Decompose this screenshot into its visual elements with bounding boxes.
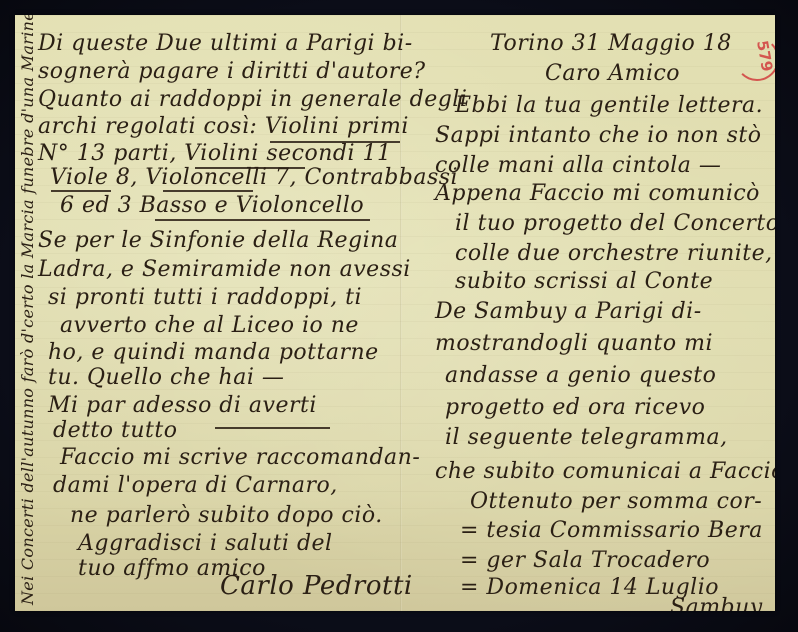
right-line-11: progetto ed ora ricevo	[445, 397, 705, 419]
right-line-15: = tesia Commissario Bera	[460, 520, 763, 542]
underline-viole	[51, 190, 111, 192]
right-line-7: subito scrissi al Conte	[455, 271, 713, 293]
left-line-13: tu. Quello che hai —	[48, 367, 284, 389]
salutation: Caro Amico	[545, 63, 680, 85]
left-line-3: Quanto ai raddoppi in generale degli	[38, 89, 467, 111]
left-line-11: avverto che al Liceo io ne	[60, 315, 359, 337]
underline-basso	[155, 219, 370, 221]
right-line-16: = ger Sala Trocadero	[460, 550, 710, 572]
right-line-9: mostrandogli quanto mi	[435, 333, 713, 355]
letter-sheet: Nei Concerti dell'autunno farò d'certo l…	[15, 15, 775, 611]
dateline: Torino 31 Maggio 18	[490, 33, 732, 55]
closing-rule	[215, 427, 330, 429]
archive-stamp-number: 579	[753, 39, 775, 73]
underline-violoncelli	[163, 190, 253, 192]
right-line-4: Appena Faccio mi comunicò	[435, 183, 760, 205]
right-line-5: il tuo progetto del Concerto	[455, 213, 775, 235]
left-line-8: Se per le Sinfonie della Regina	[38, 230, 398, 252]
right-line-8: De Sambuy a Parigi di-	[435, 301, 702, 323]
right-line-13: che subito comunicai a Faccio:	[435, 461, 775, 483]
right-line-6: colle due orchestre riunite,	[455, 243, 773, 265]
left-line-16: Faccio mi scrive raccomandan-	[60, 447, 420, 469]
left-line-12: ho, e quindi manda pottarne	[48, 342, 379, 364]
right-line-3: colle mani alla cintola —	[435, 155, 721, 177]
signature-pedrotti: Carlo Pedrotti	[220, 573, 413, 599]
left-line-19: Aggradisci i saluti del	[78, 533, 333, 555]
left-line-9: Ladra, e Semiramide non avessi	[38, 259, 411, 281]
archive-stamp: 579	[735, 37, 775, 81]
right-line-12: il seguente telegramma,	[445, 427, 728, 449]
telegram-signature-sambuy: Sambuy	[670, 597, 763, 611]
right-line-2: Sappi intanto che io non stò	[435, 125, 762, 147]
left-line-1: Di queste Due ultimi a Parigi bi-	[38, 33, 413, 55]
left-line-15: detto tutto	[53, 420, 177, 442]
left-line-18: ne parlerò subito dopo ciò.	[70, 505, 383, 527]
right-line-14: Ottenuto per somma cor-	[470, 491, 762, 513]
left-line-17: dami l'opera di Carnaro,	[53, 475, 338, 497]
left-line-5: N° 13 parti, Violini secondi 11	[38, 143, 392, 165]
margin-note: Nei Concerti dell'autunno farò d'certo l…	[18, 15, 37, 605]
left-line-2: sognerà pagare i diritti d'autore?	[38, 61, 426, 83]
right-line-10: andasse a genio questo	[445, 365, 716, 387]
left-line-6: Viole 8, Violoncelli 7, Contrabbassi	[50, 167, 458, 189]
left-line-10: si pronti tutti i raddoppi, ti	[48, 287, 362, 309]
right-line-1: Ebbi la tua gentile lettera.	[455, 95, 763, 117]
left-line-4: archi regolati così: Violini primi	[38, 116, 409, 138]
left-line-7: 6 ed 3 Basso e Violoncello	[60, 195, 364, 217]
left-line-14: Mi par adesso di averti	[48, 395, 317, 417]
